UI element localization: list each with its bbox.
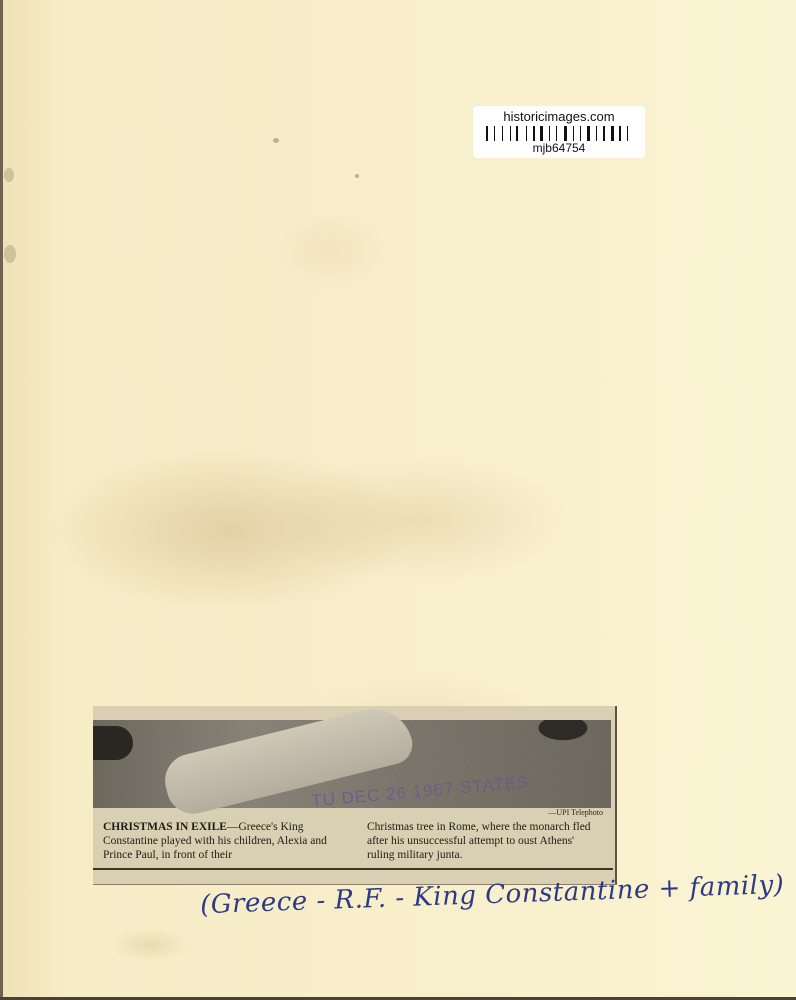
newspaper-clipping: TU DEC 26 1967 STATES —UPI Telephoto CHR…	[93, 706, 617, 884]
clipping-rule	[93, 868, 613, 870]
label-site: historicimages.com	[473, 106, 645, 124]
paper-speck	[4, 168, 14, 182]
caption-headline: CHRISTMAS IN EXILE	[103, 821, 227, 833]
paper-speck	[4, 245, 16, 263]
barcode-label: historicimages.com mjb64754	[473, 106, 645, 158]
paper-speck	[355, 174, 359, 178]
paper-left-edge	[0, 0, 3, 1000]
paper-speck	[273, 138, 279, 143]
caption-column-1: CHRISTMAS IN EXILE—Greece's King Constan…	[103, 820, 339, 862]
photo-shadow	[93, 726, 133, 760]
barcode-icon	[486, 126, 632, 141]
photo-credit: —UPI Telephoto	[548, 808, 603, 817]
caption-column-2: Christmas tree in Rome, where the monarc…	[367, 820, 603, 862]
label-code: mjb64754	[473, 141, 645, 155]
